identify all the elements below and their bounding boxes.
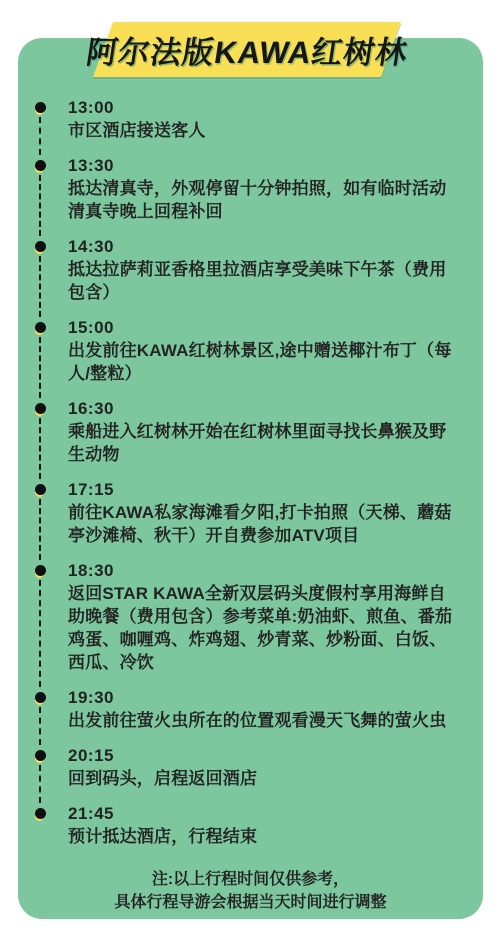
timeline-connector xyxy=(39,499,41,560)
timeline-time: 13:00 xyxy=(68,96,459,119)
timeline-connector xyxy=(39,256,41,317)
itinerary-poster: 阿尔法版KAWA红树林 13:00 市区酒店接送客人 13:30 抵达清真寺，外… xyxy=(0,0,500,946)
timeline-connector xyxy=(39,765,41,803)
timeline-dot-icon xyxy=(35,692,46,703)
itinerary-card: 13:00 市区酒店接送客人 13:30 抵达清真寺，外观停留十分钟拍照，如有临… xyxy=(18,38,483,919)
timeline-time: 14:30 xyxy=(68,235,459,258)
timeline-time: 21:45 xyxy=(68,802,459,825)
timeline-entry: 15:00 出发前往KAWA红树林景区,途中赠送椰汁布丁（每人/整粒） xyxy=(18,316,459,385)
timeline-time: 19:30 xyxy=(68,686,459,709)
title-banner: 阿尔法版KAWA红树林 xyxy=(93,22,401,77)
timeline-dot-icon xyxy=(35,102,46,113)
timeline-dot-icon xyxy=(35,322,46,333)
timeline-time: 18:30 xyxy=(68,559,459,582)
timeline-connector xyxy=(39,175,41,236)
timeline-description: 回到码头，启程返回酒店 xyxy=(68,767,459,790)
timeline-connector xyxy=(39,337,41,398)
timeline-entry: 16:30 乘船进入红树林开始在红树林里面寻找长鼻猴及野生动物 xyxy=(18,397,459,466)
timeline-entry: 19:30 出发前往萤火虫所在的位置观看漫天飞舞的萤火虫 xyxy=(18,686,459,732)
timeline-description: 抵达清真寺，外观停留十分钟拍照，如有临时活动清真寺晚上回程补回 xyxy=(68,177,459,223)
timeline-entry: 17:15 前往KAWA私家海滩看夕阳,打卡拍照（天梯、蘑菇亭沙滩椅、秋干）开自… xyxy=(18,478,459,547)
footer-note-line1: 注:以上行程时间仅供参考， xyxy=(18,868,483,891)
timeline-dot-icon xyxy=(35,241,46,252)
timeline-description: 前往KAWA私家海滩看夕阳,打卡拍照（天梯、蘑菇亭沙滩椅、秋干）开自费参加ATV… xyxy=(68,501,459,547)
timeline-description: 返回STAR KAWA全新双层码头度假村享用海鲜自助晚餐（费用包含）参考菜单:奶… xyxy=(68,582,459,674)
timeline-dot-icon xyxy=(35,403,46,414)
page-title: 阿尔法版KAWA红树林 xyxy=(83,27,411,72)
timeline-description: 预计抵达酒店，行程结束 xyxy=(68,825,459,848)
footer-note-line2: 具体行程导游会根据当天时间进行调整 xyxy=(18,891,483,914)
timeline-dot-icon xyxy=(35,565,46,576)
timeline-entry: 13:00 市区酒店接送客人 xyxy=(18,96,459,142)
timeline-entry: 13:30 抵达清真寺，外观停留十分钟拍照，如有临时活动清真寺晚上回程补回 xyxy=(18,154,459,223)
timeline-dot-icon xyxy=(35,160,46,171)
timeline-description: 出发前往KAWA红树林景区,途中赠送椰汁布丁（每人/整粒） xyxy=(68,339,459,385)
timeline-dot-icon xyxy=(35,808,46,819)
timeline-description: 乘船进入红树林开始在红树林里面寻找长鼻猴及野生动物 xyxy=(68,420,459,466)
timeline-connector xyxy=(39,580,41,687)
timeline-connector xyxy=(39,418,41,479)
timeline-description: 市区酒店接送客人 xyxy=(68,119,459,142)
timeline-dot-icon xyxy=(35,750,46,761)
timeline-time: 17:15 xyxy=(68,478,459,501)
timeline-connector xyxy=(39,707,41,745)
timeline-description: 出发前往萤火虫所在的位置观看漫天飞舞的萤火虫 xyxy=(68,709,459,732)
timeline-dot-icon xyxy=(35,484,46,495)
timeline-entry: 20:15 回到码头，启程返回酒店 xyxy=(18,744,459,790)
timeline-time: 13:30 xyxy=(68,154,459,177)
timeline-entry: 18:30 返回STAR KAWA全新双层码头度假村享用海鲜自助晚餐（费用包含）… xyxy=(18,559,459,674)
timeline-description: 抵达拉萨莉亚香格里拉酒店享受美味下午茶（费用包含） xyxy=(68,258,459,304)
footer-note: 注:以上行程时间仅供参考， 具体行程导游会根据当天时间进行调整 xyxy=(18,868,483,914)
timeline-time: 15:00 xyxy=(68,316,459,339)
timeline-entry: 14:30 抵达拉萨莉亚香格里拉酒店享受美味下午茶（费用包含） xyxy=(18,235,459,304)
timeline-time: 16:30 xyxy=(68,397,459,420)
timeline-connector xyxy=(39,117,41,155)
timeline: 13:00 市区酒店接送客人 13:30 抵达清真寺，外观停留十分钟拍照，如有临… xyxy=(18,38,483,848)
timeline-time: 20:15 xyxy=(68,744,459,767)
timeline-entry: 21:45 预计抵达酒店，行程结束 xyxy=(18,802,459,848)
